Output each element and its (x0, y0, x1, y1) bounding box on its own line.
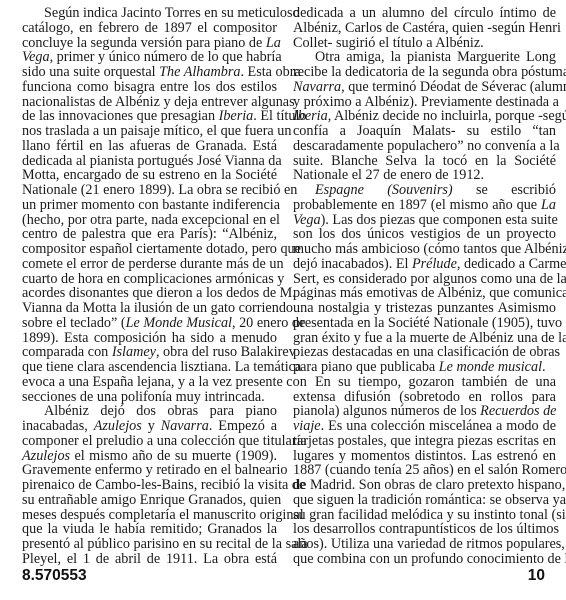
text-line: años). Utiliza una variedad de ritmos po… (293, 537, 556, 552)
italic-title: Azulejos (94, 418, 142, 434)
text-line: su gran facilidad melódica y su instinto… (293, 508, 556, 523)
text-line: Espagne (Souvenirs) se escribió (293, 183, 556, 198)
text-line: 1887 (cuando tenía 25 años) en el salón … (293, 463, 556, 478)
text-line: Según indica Jacinto Torres en su meticu… (22, 6, 277, 21)
italic-title: Navarra (293, 79, 341, 95)
text-line: meses después completaría el manuscrito … (22, 508, 277, 523)
text-line: para piano que publicaba Le monde musica… (293, 360, 556, 375)
text-line: dedicada al pianista portugués José Vian… (22, 154, 277, 169)
text-line: los desarrollos contrapuntísticos de los… (293, 522, 556, 537)
text-line: tarjetas postales, que integra piezas es… (293, 434, 556, 449)
text-line: Albéniz dejó dos obras para piano (22, 404, 277, 419)
text-line: presentó al público parisino en su recit… (22, 537, 277, 552)
text-line: lugares y momentos distintos. Las estren… (293, 449, 556, 464)
text-line: En su tiempo, gozaron también de una (293, 375, 556, 390)
text-line: que combina con un profundo conocimiento… (293, 552, 556, 567)
text-line: funciona como bisagra entre los dos esti… (22, 80, 277, 95)
text-line: cuarto de hora en complicaciones armónic… (22, 272, 277, 287)
text-line: y próximo a Albéniz). Previamente destin… (293, 95, 556, 110)
italic-title: La (266, 35, 281, 51)
text-line: una nostalgia y tristezas punzantes Asim… (293, 301, 556, 316)
italic-title: Recuerdos de (480, 403, 556, 419)
text-line: que tiene clara ascendencia lisztiana. L… (22, 360, 277, 375)
text-line: acordes disonantes que dieron a los dedo… (22, 286, 277, 301)
text-line: su entrañable amigo Enrique Granados, qu… (22, 493, 277, 508)
text-line: viaje. Es una colección miscelánea a mod… (293, 419, 556, 434)
text-line: mucho más ambicioso (cómo tantos que Alb… (293, 242, 556, 257)
text-line: Albéniz, Carlos de Castéra, quien -según… (293, 21, 556, 36)
italic-title: Islamey (112, 344, 156, 360)
italic-title: Iberia (293, 108, 328, 124)
text-line: catálogo, en febrero de 1897 el composit… (22, 21, 277, 36)
text-line: dejó inacabados). El Prélude, dedicado a… (293, 257, 556, 272)
text-line: Pleyel, el 1 de abril de 1911. La obra e… (22, 552, 277, 567)
page-number: 10 (528, 567, 545, 585)
text-line: llano fértil en las afueras de Granada. … (22, 139, 277, 154)
right-text-column: dedicada a un alumno del círculo íntimo … (293, 6, 556, 567)
text-line: Motta, encargado de su estreno en la Soc… (22, 168, 277, 183)
text-line: Iberia, Albéniz decide no incluirla, por… (293, 109, 556, 124)
text-line: probablemente en 1897 (el mismo año que … (293, 198, 556, 213)
text-line: que siguen la tradición romántica: se ob… (293, 493, 556, 508)
text-line: gran éxito y fue a la muerte de Albéniz … (293, 331, 556, 346)
text-line: son los dos únicos vestigios de un proye… (293, 227, 556, 242)
text-line: sobre el teclado” (Le Monde Musical, 20 … (22, 316, 277, 331)
text-line: Otra amiga, la pianista Marguerite Long (293, 50, 556, 65)
text-line: de Madrid. Son obras de claro pretexto h… (293, 478, 556, 493)
text-line: inacabadas, Azulejos y Navarra. Empezó a (22, 419, 277, 434)
text-line: dedicada a un alumno del círculo íntimo … (293, 6, 556, 21)
text-line: Navarra, que terminó Déodat de Séverac (… (293, 80, 556, 95)
text-line: comete el error de perderse durante más … (22, 257, 277, 272)
left-text-column: Según indica Jacinto Torres en su meticu… (22, 6, 277, 567)
text-line: sido una suite orquestal The Alhambra. E… (22, 65, 277, 80)
text-line: Vega, primer y único número de lo que ha… (22, 50, 277, 65)
text-line: piezas destacadas en una clasificación d… (293, 345, 556, 360)
text-line: que la viuda le había remitido; Granados… (22, 522, 277, 537)
text-line: descaradamente populachero” no convenía … (293, 139, 556, 154)
text-line: componer el preludio a una colección que… (22, 434, 277, 449)
text-line: Vega). Las dos piezas que componen esta … (293, 213, 556, 228)
text-line: Collet- sugirió el título a Albéniz. (293, 36, 556, 51)
text-line: nos traslada a un paisaje mítico, el que… (22, 124, 277, 139)
text-line: Nationale el 27 de enero de 1912. (293, 168, 556, 183)
italic-title: Azulejos (22, 448, 70, 464)
text-line: pianola) algunos números de los Recuerdo… (293, 404, 556, 419)
text-line: (hecho, por otra parte, nada excepcional… (22, 213, 277, 228)
text-line: Nationale (21 enero 1899). La obra se re… (22, 183, 277, 198)
catalog-number: 8.570553 (22, 567, 87, 585)
text-line: presentada en la Société Nationale (1905… (293, 316, 556, 331)
italic-title: Iberia (219, 108, 254, 124)
text-line: comparada con Islamey, obra del ruso Bal… (22, 345, 277, 360)
italic-title: Espagne (Souvenirs) (315, 182, 453, 198)
text-line: nacionalistas de Albéniz y deja entrever… (22, 95, 277, 110)
text-line: 1899). Esta composición ha sido a menudo (22, 331, 277, 346)
text-line: Sert, es considerado por algunos como un… (293, 272, 556, 287)
italic-title: Prélude (412, 256, 457, 272)
italic-title: Vega (22, 49, 50, 65)
text-line: Azulejos el mismo año de su muerte (1909… (22, 449, 277, 464)
text-line: compositor español ciertamente dotado, p… (22, 242, 277, 257)
text-line: de las innovaciones que presagian Iberia… (22, 109, 277, 124)
text-line: evoca a una España lejana, y a la vez pr… (22, 375, 277, 390)
text-line: confía a Joaquín Malats- su estilo “tan (293, 124, 556, 139)
text-line: suite. Blanche Selva la tocó en la Socié… (293, 154, 556, 169)
booklet-page: Según indica Jacinto Torres en su meticu… (0, 0, 566, 600)
text-line: Gravemente enfermo y retirado en el baln… (22, 463, 277, 478)
italic-title: The Alhambra (159, 64, 240, 80)
italic-title: Vega (293, 212, 321, 228)
text-line: Vianna da Motta la ilusión de un gato co… (22, 301, 277, 316)
italic-title: Le Monde Musical (126, 315, 232, 331)
text-line: un primer momento con bastante indiferen… (22, 198, 277, 213)
text-line: recibe la dedicatoria de la segunda obra… (293, 65, 556, 80)
text-line: extensa difusión (sobretodo en rollos pa… (293, 390, 556, 405)
text-line: concluye la segunda versión para piano d… (22, 36, 277, 51)
text-line: centro de palestra que era París): “Albé… (22, 227, 277, 242)
italic-title: Navarra (161, 418, 209, 434)
italic-title: viaje (293, 418, 321, 434)
italic-title: Le monde musical (439, 359, 542, 375)
text-line: páginas más emotivas de Albéniz, que com… (293, 286, 556, 301)
text-line: secciones de una polifonía muy intrincad… (22, 390, 277, 405)
italic-title: La (541, 197, 556, 213)
text-line: pirenaico de Cambo-les-Bains, recibió la… (22, 478, 277, 493)
